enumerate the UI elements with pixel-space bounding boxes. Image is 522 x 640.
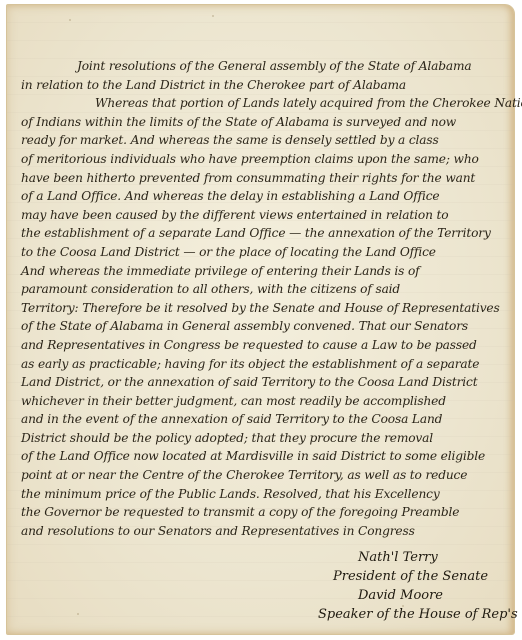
manuscript-page: Joint resolutions of the General assembl… — [6, 4, 515, 635]
body-line: Whereas that portion of Lands lately acq… — [21, 94, 513, 113]
body-line: as early as practicable; having for its … — [21, 355, 513, 374]
body-line: may have been caused by the different vi… — [21, 206, 513, 225]
body-line: of meritorious individuals who have pree… — [21, 150, 513, 169]
body-line: District should be the policy adopted; t… — [21, 429, 513, 448]
paper-speck — [212, 15, 214, 17]
body-line: of the Land Office now located at Mardis… — [21, 447, 513, 466]
body-line: of Indians within the limits of the Stat… — [21, 113, 513, 132]
house-speaker-title: Speaker of the House of Rep's — [318, 605, 518, 624]
body-line: Land District, or the annexation of said… — [21, 373, 513, 392]
body-line: point at or near the Centre of the Chero… — [21, 466, 513, 485]
body-line: the minimum price of the Public Lands. R… — [21, 485, 513, 504]
body-line: paramount consideration to all others, w… — [21, 280, 513, 299]
body-line: of a Land Office. And whereas the delay … — [21, 187, 513, 206]
paper-speck — [77, 613, 79, 615]
body-line: the Governor be requested to transmit a … — [21, 503, 513, 522]
house-speaker-signature: David Moore — [358, 586, 443, 605]
title-line-1: Joint resolutions of the General assembl… — [21, 57, 513, 76]
body-line: whichever in their better judgment, can … — [21, 392, 513, 411]
body-line: the establishment of a separate Land Off… — [21, 224, 513, 243]
body-line: And whereas the immediate privilege of e… — [21, 262, 513, 281]
body-line: of the State of Alabama in General assem… — [21, 317, 513, 336]
body-line: and resolutions to our Senators and Repr… — [21, 522, 513, 541]
body-line: Territory: Therefore be it resolved by t… — [21, 299, 513, 318]
body-line: and in the event of the annexation of sa… — [21, 410, 513, 429]
body-line: to the Coosa Land District — or the plac… — [21, 243, 513, 262]
resolution-text: Joint resolutions of the General assembl… — [21, 57, 513, 540]
senate-president-signature: Nath'l Terry — [358, 548, 438, 567]
title-line-2: in relation to the Land District in the … — [21, 76, 513, 95]
paper-speck — [69, 19, 71, 21]
senate-president-title: President of the Senate — [333, 567, 488, 586]
body-line: ready for market. And whereas the same i… — [21, 131, 513, 150]
body-line: have been hitherto prevented from consum… — [21, 169, 513, 188]
body-line: and Representatives in Congress be reque… — [21, 336, 513, 355]
